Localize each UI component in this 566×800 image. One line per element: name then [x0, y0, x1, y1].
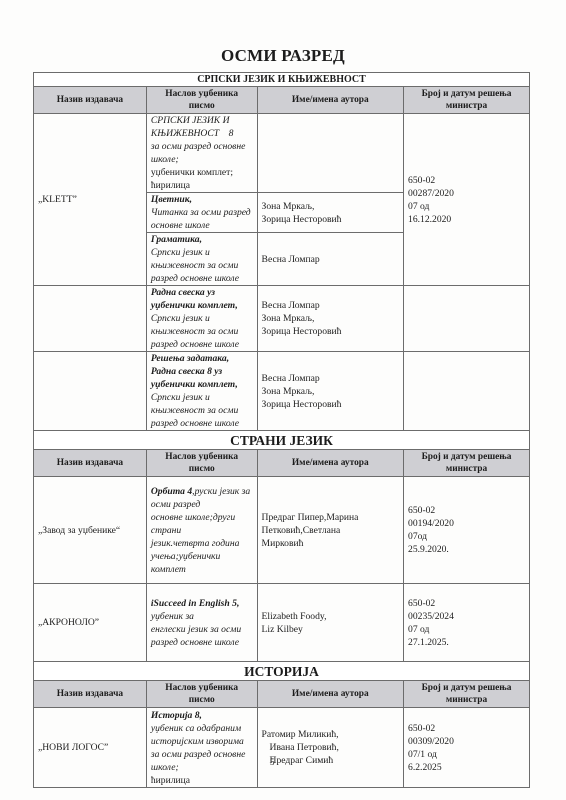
book-title-cell: Орбита 4,руски језик за осми разред осно… [146, 477, 257, 584]
book-title-cell: Радна свеска уз уџбенички комплет, Српск… [146, 286, 257, 352]
header-publisher: Назив издавача [34, 681, 147, 708]
header-publisher: Назив издавача [34, 450, 147, 477]
section-title-row: ИСТОРИЈА [34, 662, 530, 681]
header-decision: Број и датум решењаминистра [404, 450, 530, 477]
header-book: Наслов уџбеникаписмо [146, 87, 257, 114]
authors-cell: Зона Мркаљ, Зорица Несторовић [257, 193, 404, 233]
authors-cell [257, 114, 404, 193]
book-title-cell: Историја 8, уџбеник са одабраним историј… [146, 708, 257, 788]
page-title: ОСМИ РАЗРЕД [0, 46, 566, 66]
section-title-row: СРПСКИ ЈЕЗИК И КЊИЖЕВНОСТ [34, 73, 530, 87]
publisher-cell [34, 352, 147, 431]
header-authors: Име/имена аутора [257, 87, 404, 114]
section-title: СРПСКИ ЈЕЗИК И КЊИЖЕВНОСТ [34, 73, 530, 87]
header-book: Наслов уџбеникаписмо [146, 450, 257, 477]
table-row: Радна свеска уз уџбенички комплет, Српск… [34, 286, 530, 352]
table-row: Решења задатака, Радна свеска 8 уз уџбен… [34, 352, 530, 431]
authors-cell: Весна Ломпар [257, 233, 404, 286]
book-title-cell: Цветник, Читанка за осми разред основне … [146, 193, 257, 233]
decision-cell: 650-02 00287/2020 07 од 16.12.2020 [404, 114, 530, 286]
page-number: 5 [270, 757, 275, 767]
publisher-cell [34, 286, 147, 352]
header-authors: Име/имена аутора [257, 450, 404, 477]
decision-cell [404, 352, 530, 431]
book-title-cell: Граматика, Српски језик и књижевност за … [146, 233, 257, 286]
publisher-cell: „Завод за уџбенике“ [34, 477, 147, 584]
header-publisher: Назив издавача [34, 87, 147, 114]
publisher-cell: „НОВИ ЛОГОС” [34, 708, 147, 788]
book-title-cell: СРПСКИ ЈЕЗИК И КЊИЖЕВНОСТ 8 за осми разр… [146, 114, 257, 193]
table-row: „НОВИ ЛОГОС” Историја 8, уџбеник са одаб… [34, 708, 530, 788]
authors-cell: Весна Ломпар Зона Мркаљ, Зорица Несторов… [257, 286, 404, 352]
table-row: „АКРОНОЛО” iSucceed in English 5, уџбени… [34, 584, 530, 662]
decision-cell [404, 286, 530, 352]
book-title-cell: Решења задатака, Радна свеска 8 уз уџбен… [146, 352, 257, 431]
table-serbian-language: СРПСКИ ЈЕЗИК И КЊИЖЕВНОСТ Назив издавача… [33, 72, 530, 788]
decision-cell: 650-02 00194/2020 07од 25.9.2020. [404, 477, 530, 584]
header-row: Назив издавача Наслов уџбеникаписмо Име/… [34, 87, 530, 114]
authors-cell: Весна Ломпар Зона Мркаљ, Зорица Несторов… [257, 352, 404, 431]
authors-cell: Elizabeth Foody, Liz Kilbey [257, 584, 404, 662]
header-authors: Име/имена аутора [257, 681, 404, 708]
header-book: Наслов уџбеникаписмо [146, 681, 257, 708]
header-decision: Број и датум решењаминистра [404, 681, 530, 708]
authors-cell: Ратомир Миликић, Ивана Петровић, Предраг… [257, 708, 404, 788]
decision-cell: 650-02 00309/2020 07/1 од 6.2.2025 [404, 708, 530, 788]
publisher-cell: „АКРОНОЛО” [34, 584, 147, 662]
table-row: „KLETT” СРПСКИ ЈЕЗИК И КЊИЖЕВНОСТ 8 за о… [34, 114, 530, 193]
header-row: Назив издавача Наслов уџбеникаписмо Име/… [34, 681, 530, 708]
section-title-row: СТРАНИ ЈЕЗИК [34, 431, 530, 450]
header-row: Назив издавача Наслов уџбеникаписмо Име/… [34, 450, 530, 477]
decision-cell: 650-02 00235/2024 07 од 27.1.2025. [404, 584, 530, 662]
authors-cell: Предраг Пипер,Марина Петковић,Светлана М… [257, 477, 404, 584]
table-row: „Завод за уџбенике“ Орбита 4,руски језик… [34, 477, 530, 584]
book-title-cell: iSucceed in English 5, уџбеник за енглес… [146, 584, 257, 662]
section-title: СТРАНИ ЈЕЗИК [34, 431, 530, 450]
publisher-cell: „KLETT” [34, 114, 147, 286]
section-title: ИСТОРИЈА [34, 662, 530, 681]
header-decision: Број и датум решењаминистра [404, 87, 530, 114]
